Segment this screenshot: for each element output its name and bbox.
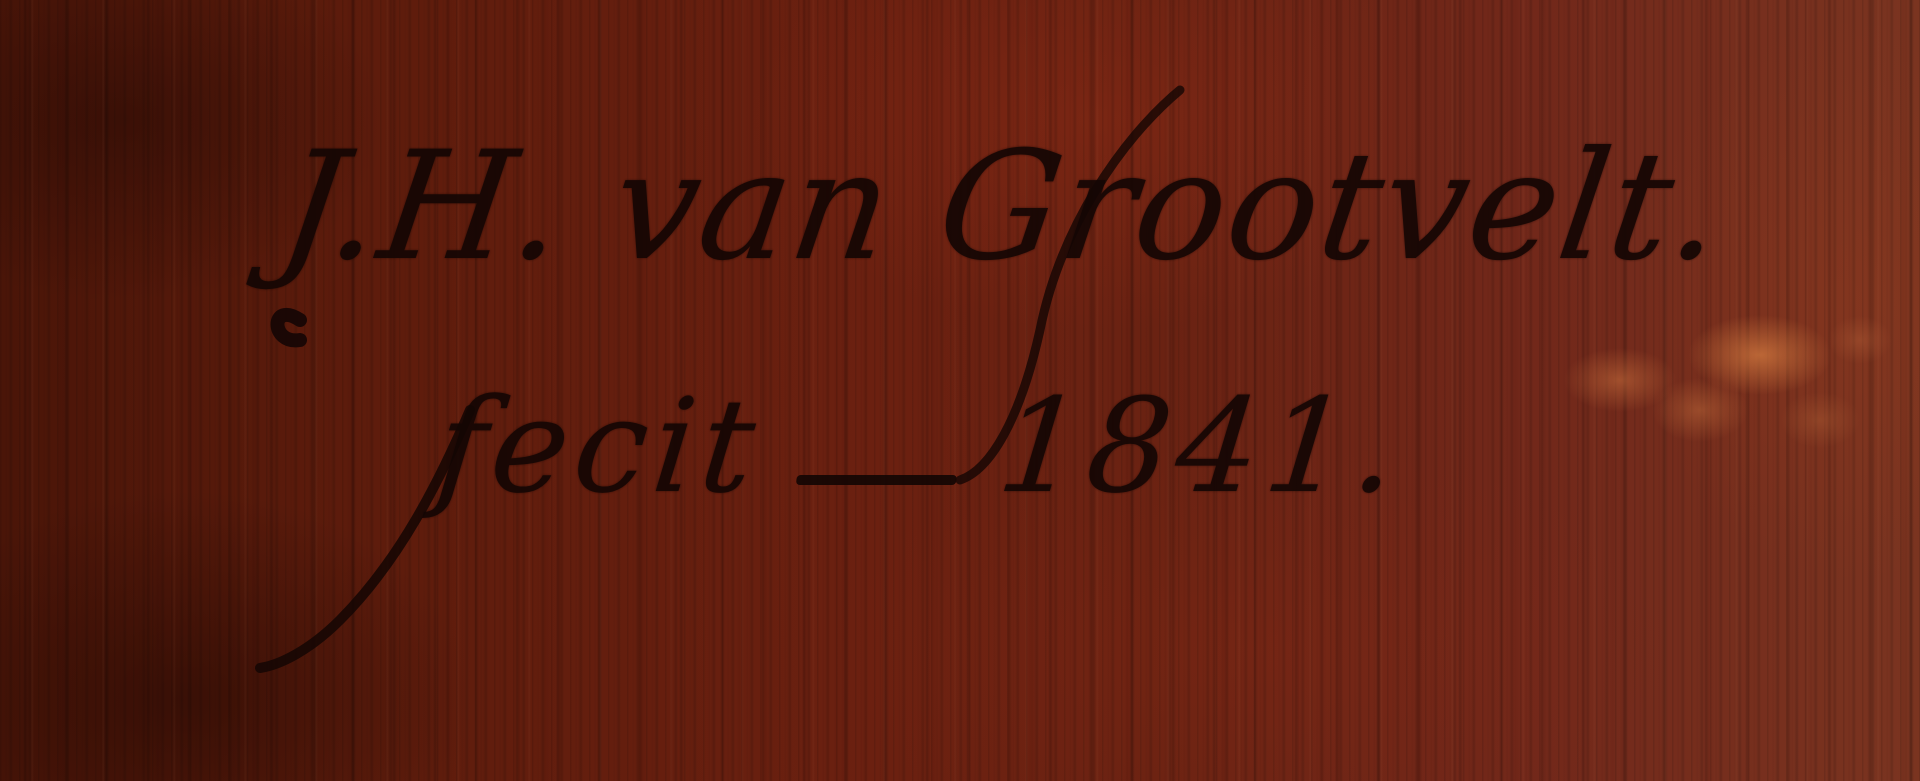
signature-year: 1841. [992, 370, 1410, 522]
signature-date-line: fecit1841. [430, 370, 1410, 522]
signature-name: J.H. van Grootvelt. [270, 120, 1735, 294]
signature-dash [796, 475, 957, 485]
signature-inscription: J.H. van Grootvelt. fecit1841. [0, 0, 1920, 781]
signature-fecit: fecit [430, 370, 768, 522]
wood-panel: J.H. van Grootvelt. fecit1841. [0, 0, 1920, 781]
